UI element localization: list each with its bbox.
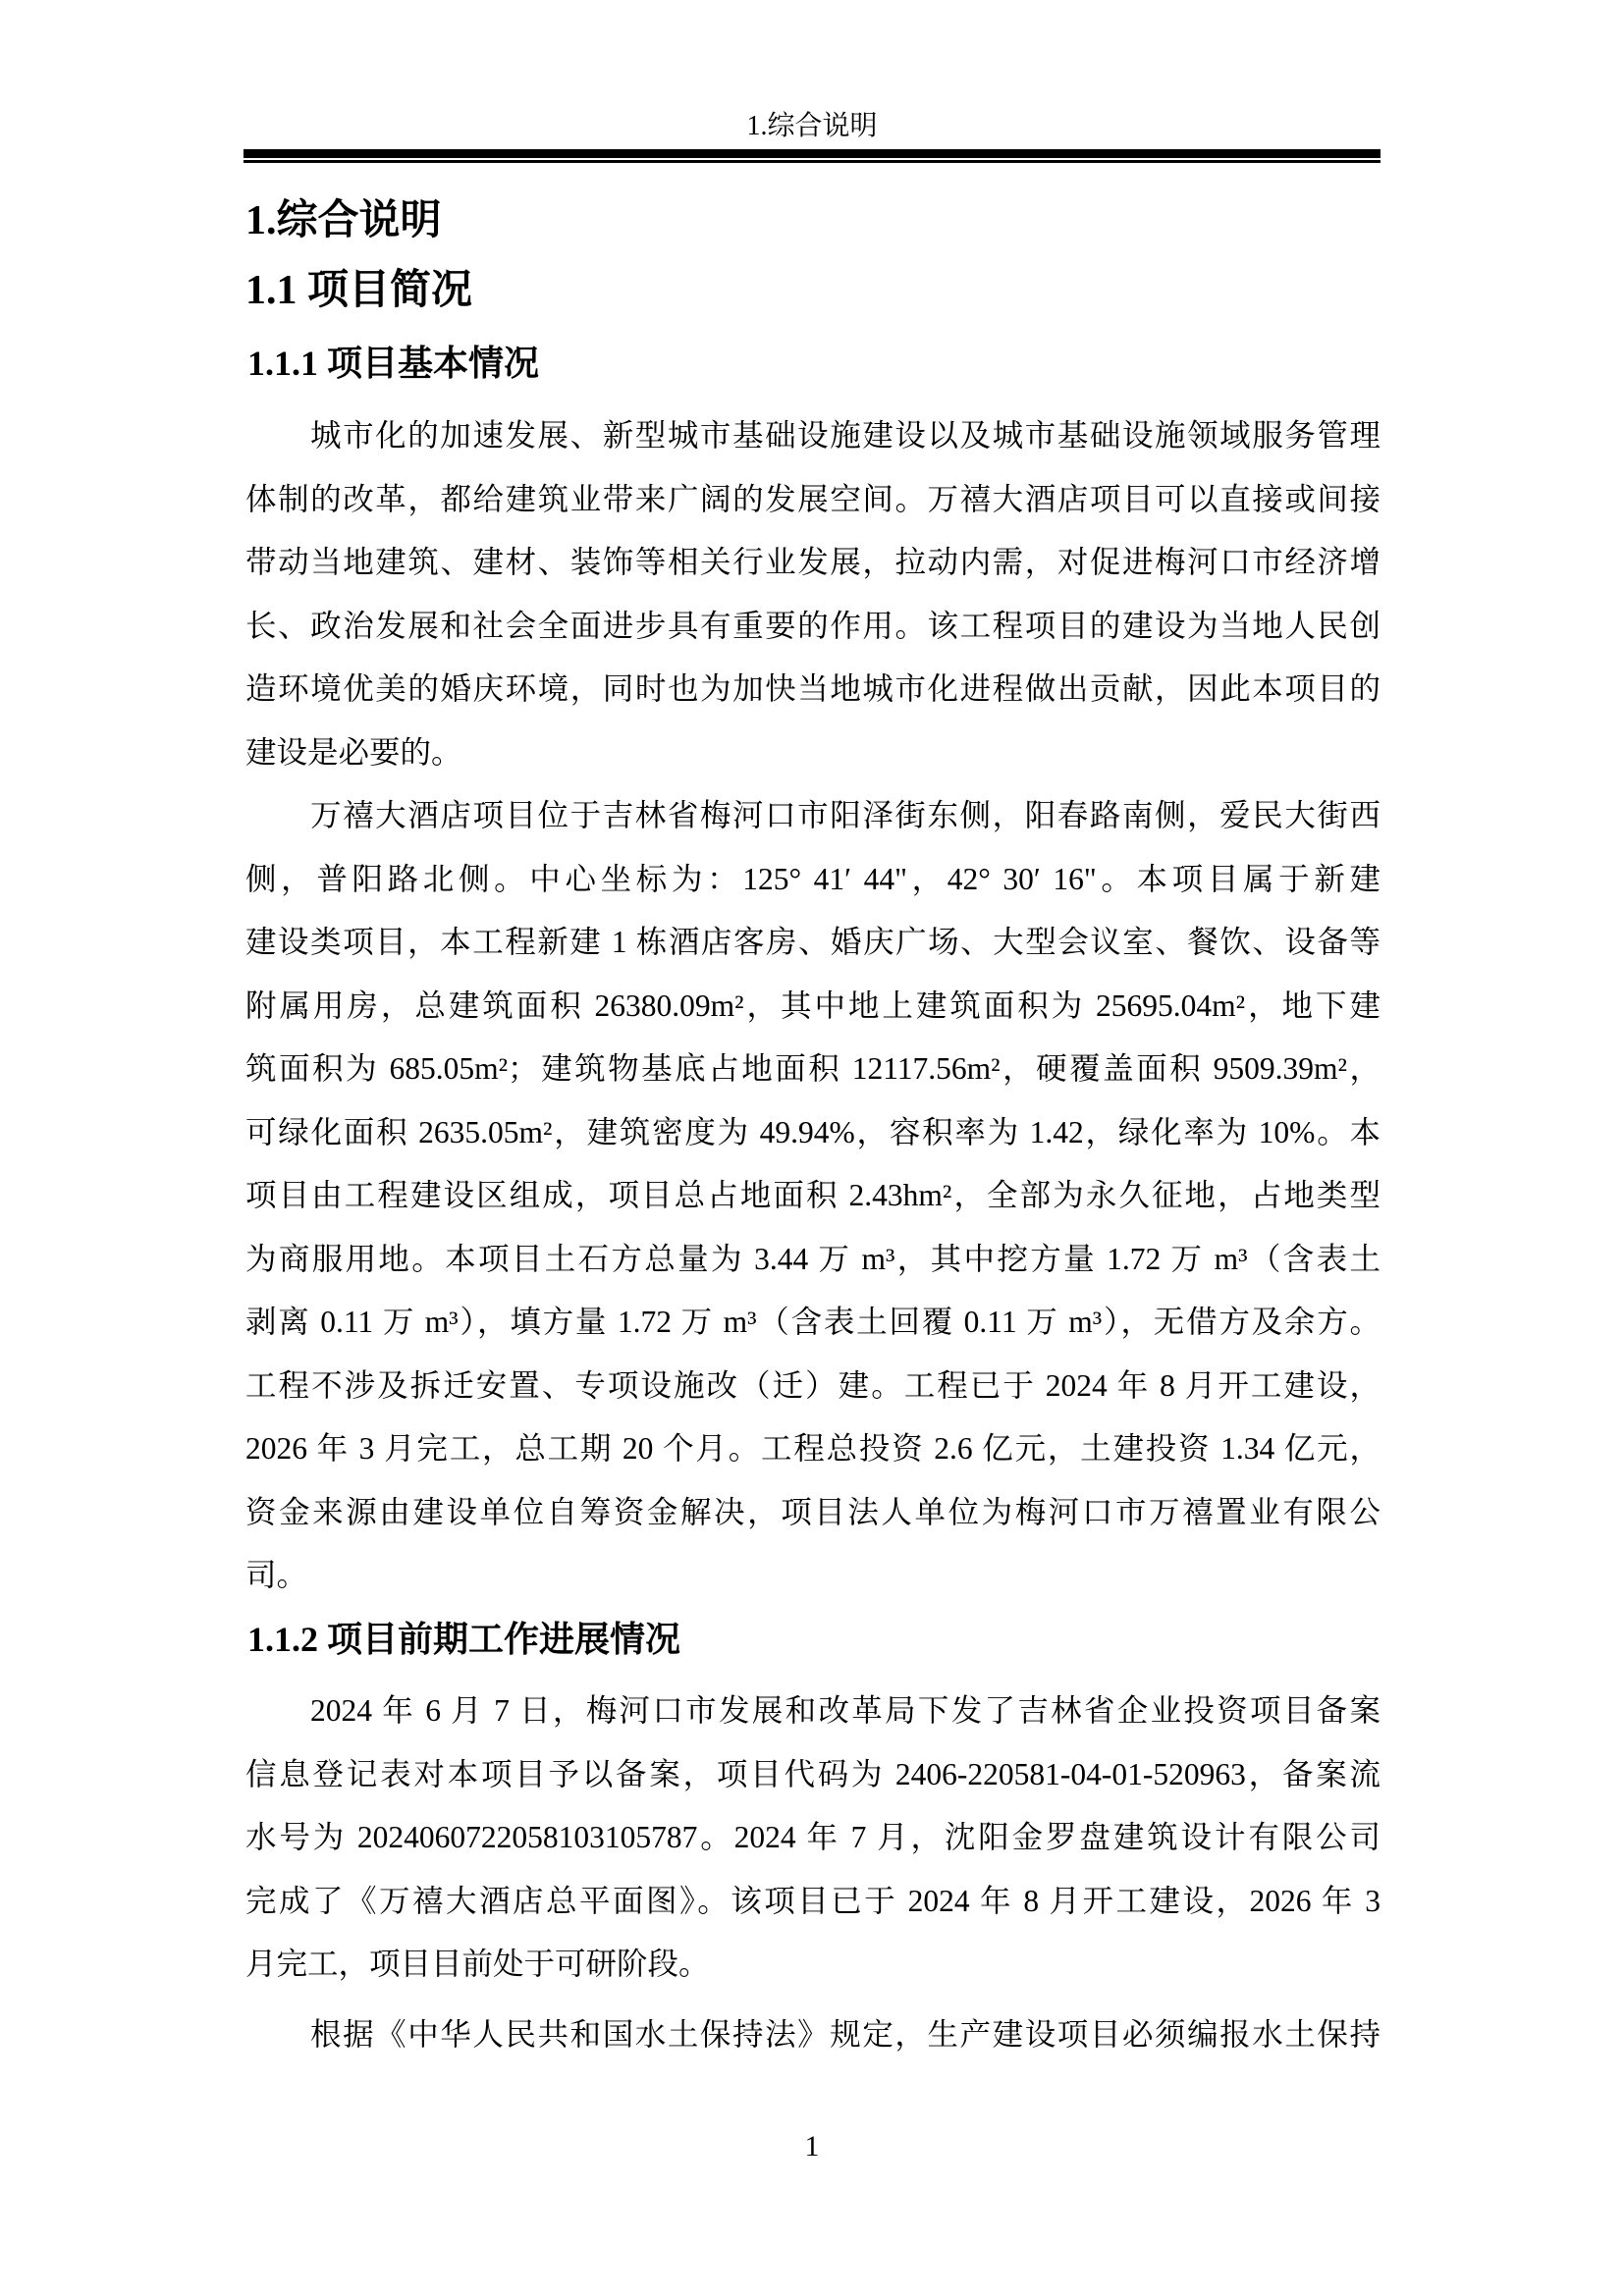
paragraph-line: 侧，普阳路北侧。中心坐标为：125° 41′ 44"，42° 30′ 16"。本… — [245, 848, 1380, 912]
paragraph-line: 可绿化面积 2635.05m²，建筑密度为 49.94%，容积率为 1.42，绿… — [245, 1101, 1380, 1165]
section-heading-level1: 1.综合说明 — [245, 199, 442, 242]
header-rule — [244, 149, 1380, 163]
page-header-title: 1.综合说明 — [0, 110, 1624, 143]
paragraph-line: 带动当地建筑、建材、装饰等相关行业发展，拉动内需，对促进梅河口市经济增 — [245, 531, 1380, 595]
paragraph-line: 城市化的加速发展、新型城市基础设施建设以及城市基础设施领域服务管理 — [245, 404, 1380, 468]
paragraph-line: 司。 — [245, 1544, 1380, 1608]
paragraph-line: 剥离 0.11 万 m³），填方量 1.72 万 m³（含表土回覆 0.11 万… — [245, 1291, 1380, 1355]
paragraph-line: 附属用房，总建筑面积 26380.09m²，其中地上建筑面积为 25695.04… — [245, 975, 1380, 1039]
paragraph-line: 万禧大酒店项目位于吉林省梅河口市阳泽街东侧，阳春路南侧，爱民大街西 — [245, 784, 1380, 848]
paragraph-line: 月完工，项目目前处于可研阶段。 — [245, 1933, 1380, 1997]
document-page: 1.综合说明 1.综合说明 1.1 项目简况 1.1.1 项目基本情况 城市化的… — [0, 0, 1624, 2296]
section-heading-level3: 1.1.1 项目基本情况 — [247, 346, 539, 383]
paragraph-line: 根据《中华人民共和国水土保持法》规定，生产建设项目必须编报水土保持 — [245, 2003, 1380, 2067]
paragraph-line: 建设类项目，本工程新建 1 栋酒店客房、婚庆广场、大型会议室、餐饮、设备等 — [245, 911, 1380, 975]
paragraph-line: 完成了《万禧大酒店总平面图》。该项目已于 2024 年 8 月开工建设，2026… — [245, 1870, 1380, 1934]
paragraph-preliminary-work: 2024 年 6 月 7 日，梅河口市发展和改革局下发了吉林省企业投资项目备案 … — [245, 1680, 1380, 1997]
paragraph-line: 造环境优美的婚庆环境，同时也为加快当地城市化进程做出贡献，因此本项目的 — [245, 658, 1380, 721]
paragraph-line: 项目由工程建设区组成，项目总占地面积 2.43hm²，全部为永久征地，占地类型 — [245, 1164, 1380, 1228]
page-number: 1 — [0, 2132, 1624, 2162]
paragraph-line: 2026 年 3 月完工，总工期 20 个月。工程总投资 2.6 亿元，土建投资… — [245, 1417, 1380, 1481]
paragraph-line: 信息登记表对本项目予以备案，项目代码为 2406-220581-04-01-52… — [245, 1743, 1380, 1807]
paragraph-line: 资金来源由建设单位自筹资金解决，项目法人单位为梅河口市万禧置业有限公 — [245, 1481, 1380, 1545]
paragraph-project-necessity: 城市化的加速发展、新型城市基础设施建设以及城市基础设施领域服务管理 体制的改革，… — [245, 404, 1380, 784]
section-heading-level2: 1.1 项目简况 — [245, 269, 472, 312]
paragraph-line: 2024 年 6 月 7 日，梅河口市发展和改革局下发了吉林省企业投资项目备案 — [245, 1680, 1380, 1743]
paragraph-line: 工程不涉及拆迁安置、专项设施改（迁）建。工程已于 2024 年 8 月开工建设， — [245, 1355, 1380, 1418]
section-heading-level3: 1.1.2 项目前期工作进展情况 — [247, 1622, 680, 1659]
paragraph-legal-basis: 根据《中华人民共和国水土保持法》规定，生产建设项目必须编报水土保持 — [245, 2003, 1380, 2067]
paragraph-line: 为商服用地。本项目土石方总量为 3.44 万 m³，其中挖方量 1.72 万 m… — [245, 1228, 1380, 1292]
paragraph-line: 筑面积为 685.05m²；建筑物基底占地面积 12117.56m²，硬覆盖面积… — [245, 1038, 1380, 1101]
paragraph-project-overview: 万禧大酒店项目位于吉林省梅河口市阳泽街东侧，阳春路南侧，爱民大街西 侧，普阳路北… — [245, 784, 1380, 1608]
paragraph-line: 长、政治发展和社会全面进步具有重要的作用。该工程项目的建设为当地人民创 — [245, 595, 1380, 659]
paragraph-line: 体制的改革，都给建筑业带来广阔的发展空间。万禧大酒店项目可以直接或间接 — [245, 468, 1380, 532]
paragraph-line: 建设是必要的。 — [245, 721, 1380, 785]
paragraph-line: 水号为 2024060722058103105787。2024 年 7 月，沈阳… — [245, 1806, 1380, 1870]
